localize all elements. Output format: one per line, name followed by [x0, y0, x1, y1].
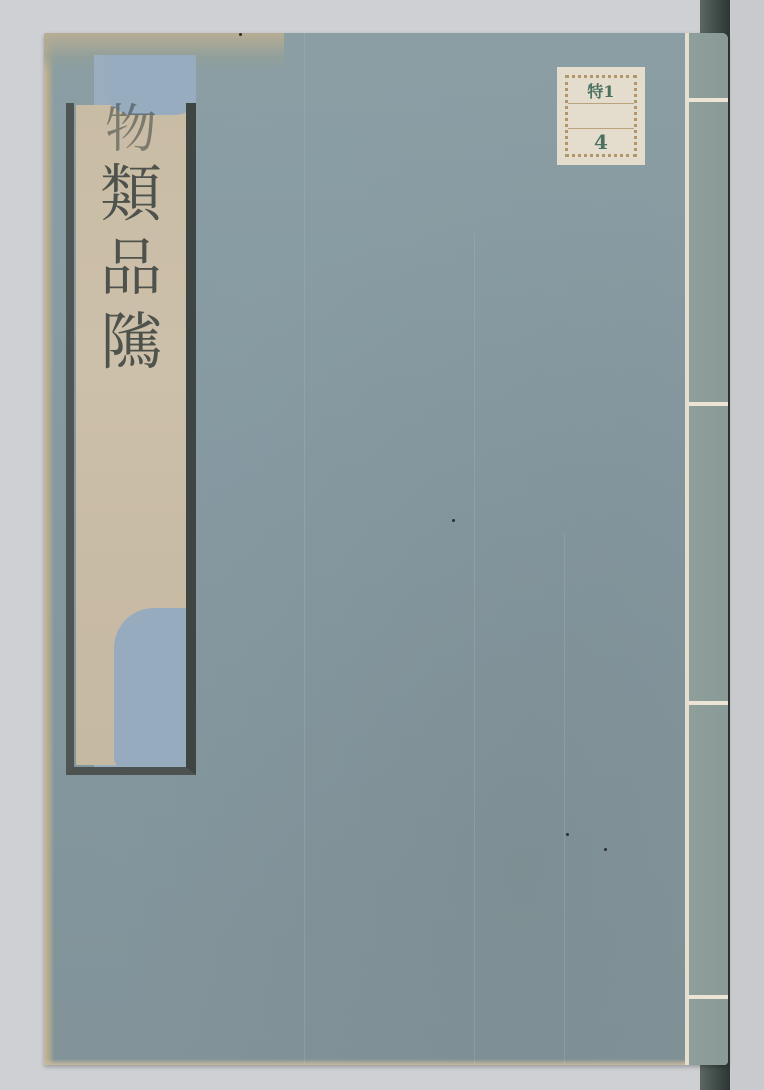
paper-speck [566, 833, 569, 836]
paper-crease [564, 533, 565, 1065]
title-char-4: 隲 [100, 305, 162, 379]
library-call-number-label: 特1 4 [557, 67, 645, 165]
binding-stitch-4 [689, 995, 728, 999]
binding-stitch-1 [689, 98, 728, 102]
title-char-2: 類 [100, 157, 162, 231]
backdrop-right [730, 0, 764, 1090]
label-line-2 [568, 104, 634, 130]
book-cover: 物 類 品 隲 特1 4 [44, 33, 728, 1065]
binding-thread-vertical [685, 33, 689, 1065]
label-decorative-border: 特1 4 [565, 75, 637, 157]
spine-flap [689, 33, 728, 1065]
binding-stitch-2 [689, 402, 728, 406]
book-title: 物 類 品 隲 [86, 111, 176, 379]
title-char-1: 物 [105, 103, 157, 157]
worn-left-edge [44, 33, 54, 1065]
paper-crease [304, 33, 305, 1065]
worn-bottom-edge [44, 1059, 728, 1065]
paper-speck [452, 519, 455, 522]
label-line-3: 4 [568, 129, 634, 154]
paper-speck [604, 848, 607, 851]
label-line-1: 特1 [568, 78, 634, 104]
paper-crease [474, 233, 475, 1065]
paper-speck [239, 33, 242, 36]
title-char-3: 品 [100, 231, 162, 305]
binding-stitch-3 [689, 701, 728, 705]
